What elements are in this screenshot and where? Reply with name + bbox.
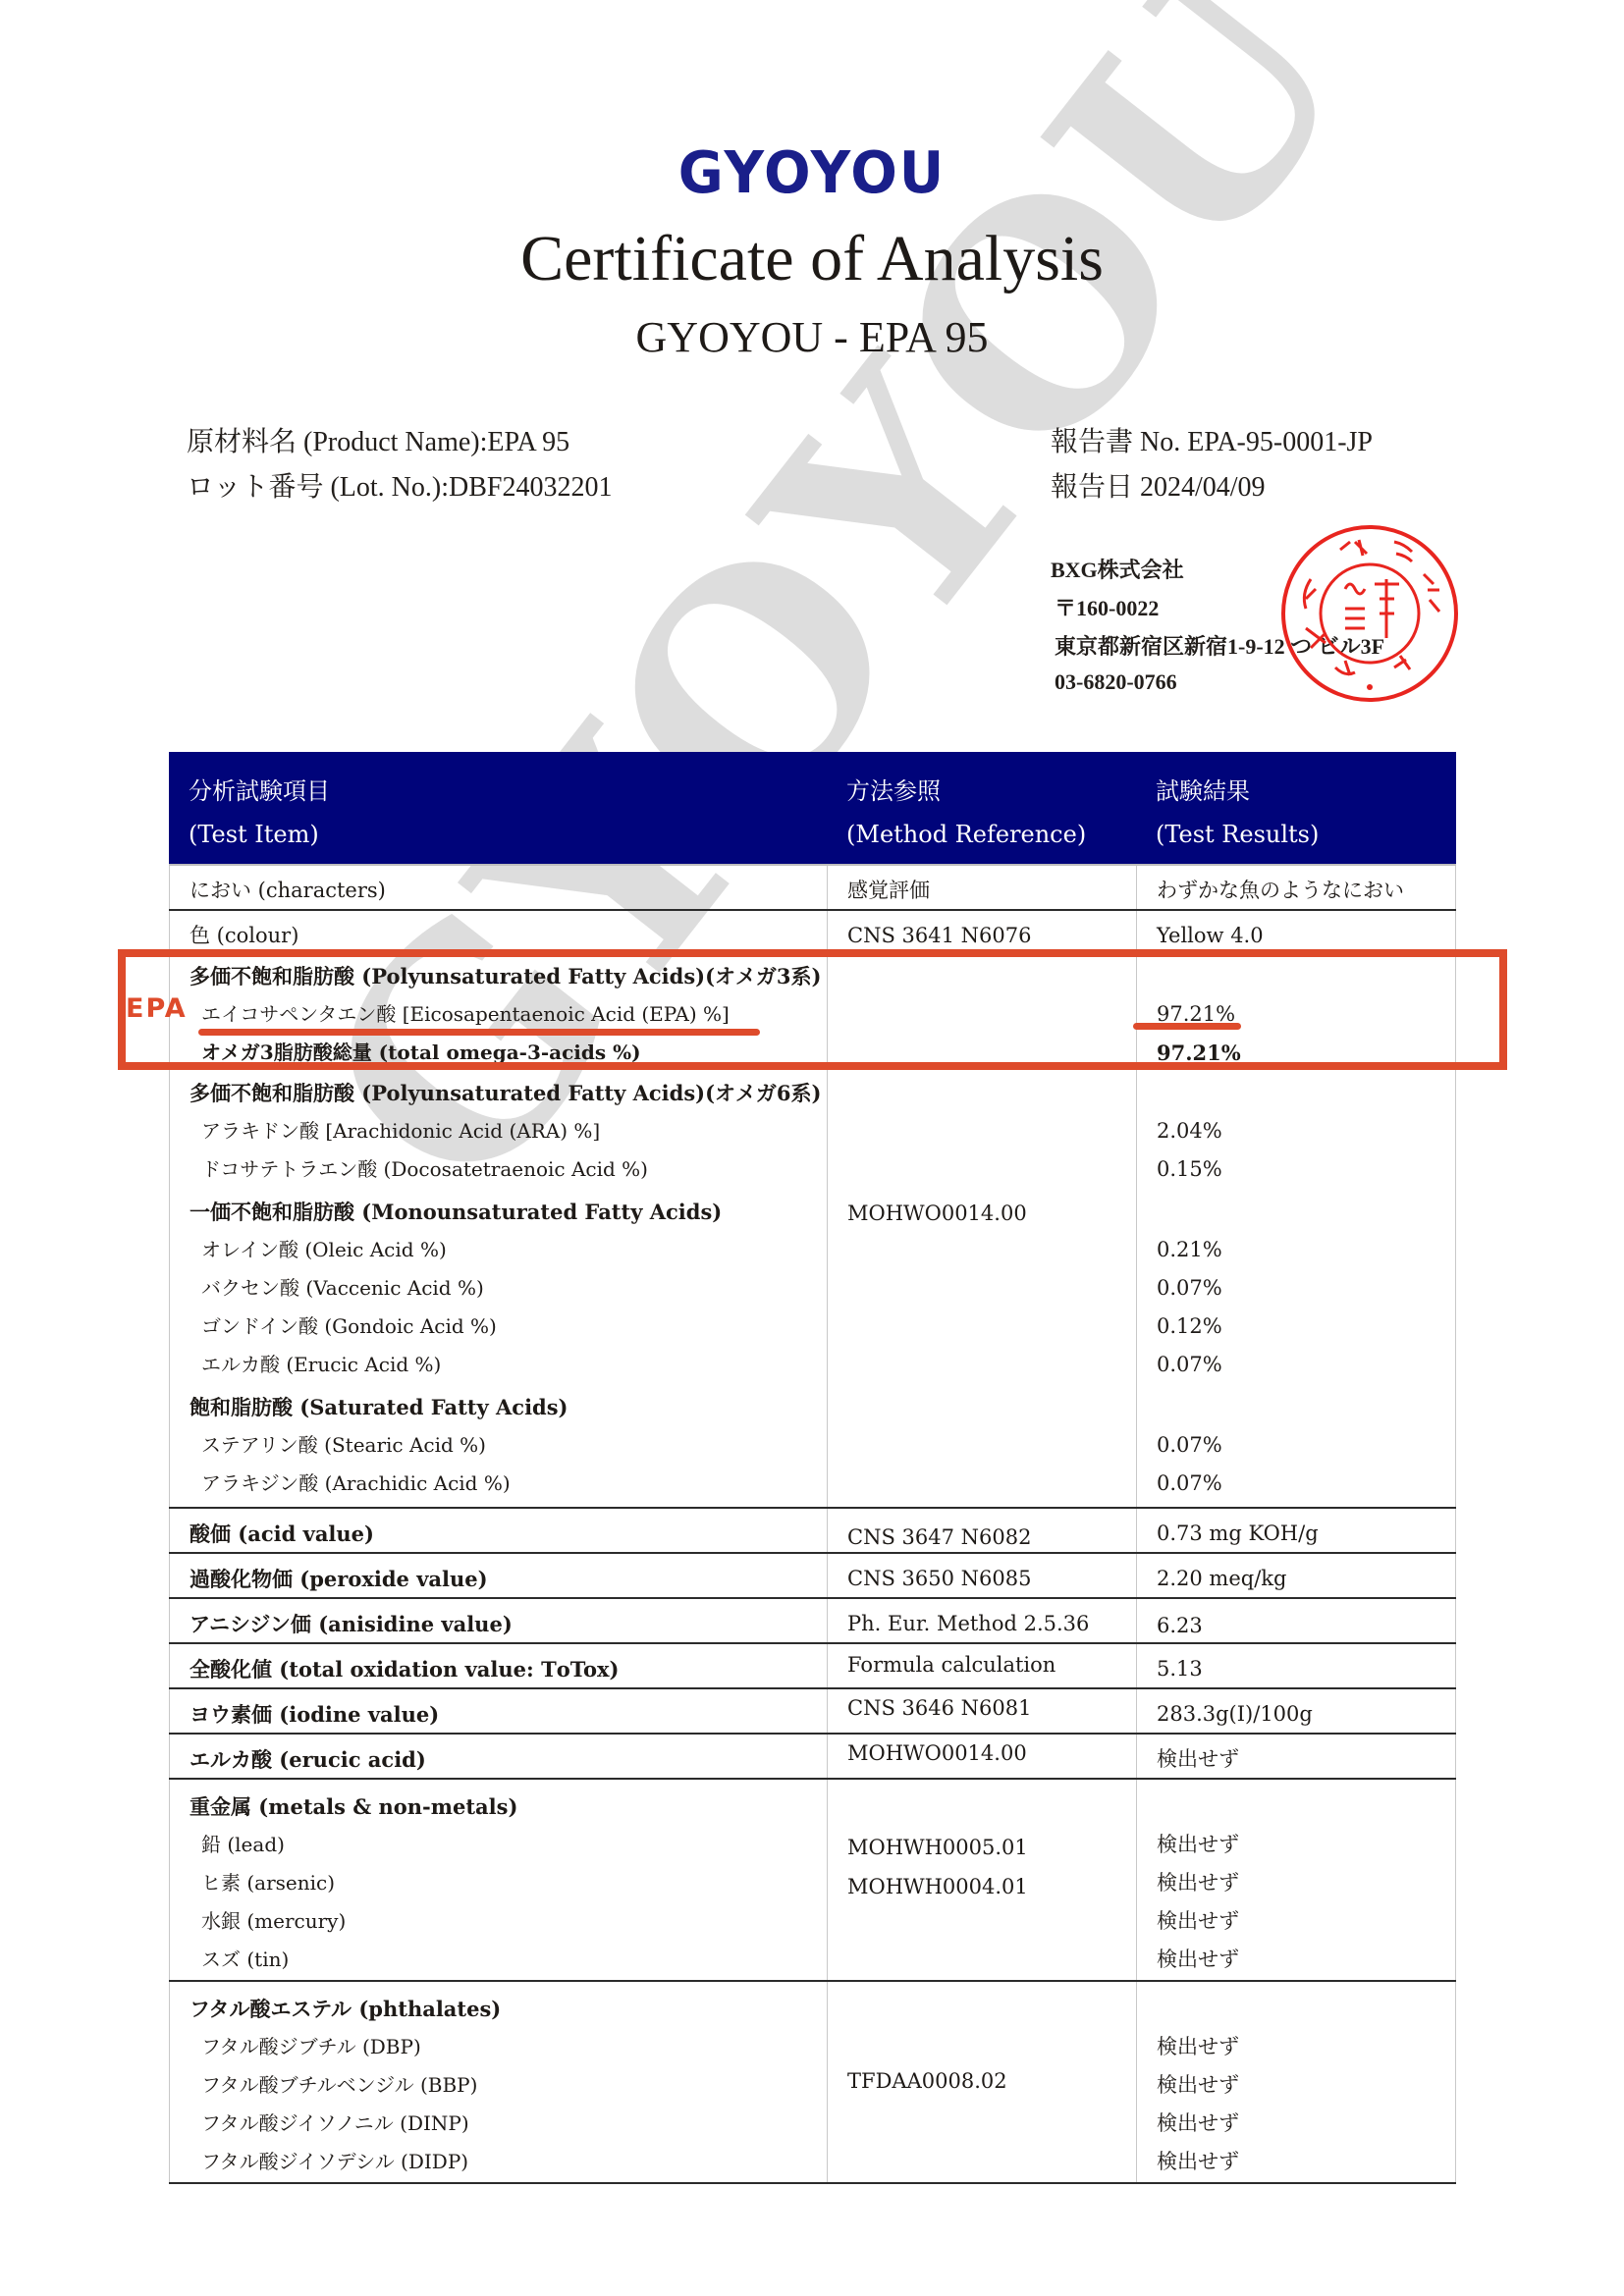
- table-row: ヨウ素価 (iodine value) CNS 3646 N6081 283.3…: [169, 1689, 1456, 1735]
- header-test-item: 分析試験項目 (Test Item): [169, 752, 827, 864]
- method: MOHWH0004.01: [847, 1868, 1028, 1906]
- table-row: におい (characters) 感覚評価 わずかな魚のようなにおい: [169, 864, 1456, 911]
- result-gondoic: 0.12%: [1157, 1308, 1455, 1346]
- table-row: エルカ酸 (erucic acid) MOHWO0014.00 検出せず: [169, 1735, 1456, 1780]
- table-row-metals: 重金属 (metals & non-metals) 鉛 (lead) ヒ素 (a…: [169, 1780, 1456, 1982]
- result-bbp: 検出せず: [1157, 2066, 1455, 2105]
- table-row-phthalates: フタル酸エステル (phthalates) フタル酸ジブチル (DBP) フタル…: [169, 1982, 1456, 2184]
- test-item-vaccenic: バクセン酸 (Vaccenic Acid %): [189, 1269, 827, 1308]
- test-item: エルカ酸 (erucic acid): [189, 1740, 827, 1779]
- brand-logo: GYOYOU: [0, 139, 1624, 206]
- product-name: 原材料名 (Product Name):EPA 95: [187, 420, 569, 459]
- result: わずかな魚のようなにおい: [1157, 872, 1455, 910]
- lot-number: ロット番号 (Lot. No.):DBF24032201: [187, 465, 612, 505]
- result-dta: 0.15%: [1157, 1150, 1455, 1189]
- result-mercury: 検出せず: [1157, 1902, 1455, 1941]
- test-item-arachidic: アラキジン酸 (Arachidic Acid %): [189, 1465, 827, 1503]
- test-item-bbp: フタル酸ブチルベンジル (BBP): [189, 2066, 827, 2105]
- epa-highlight-box: [118, 949, 1507, 1070]
- test-item-stearic: ステアリン酸 (Stearic Acid %): [189, 1426, 827, 1465]
- result-ara: 2.04%: [1157, 1112, 1455, 1150]
- group-sfa: 飽和脂肪酸 (Saturated Fatty Acids): [189, 1388, 827, 1426]
- result: 5.13: [1157, 1650, 1455, 1688]
- company-phone: 03-6820-0766: [1055, 669, 1177, 695]
- header-en: (Test Item): [189, 813, 827, 856]
- result-arsenic: 検出せず: [1157, 1864, 1455, 1902]
- result-tin: 検出せず: [1157, 1941, 1455, 1979]
- group-omega6: 多価不飽和脂肪酸 (Polyunsaturated Fatty Acids)(オ…: [189, 1074, 827, 1112]
- method: 感覚評価: [847, 872, 1136, 910]
- result-vaccenic: 0.07%: [1157, 1269, 1455, 1308]
- result: 6.23: [1157, 1607, 1455, 1645]
- epa-result-underline: [1133, 1023, 1241, 1030]
- header-en: (Test Results): [1156, 813, 1456, 856]
- header-jp: 方法参照: [846, 770, 1136, 813]
- method: Ph. Eur. Method 2.5.36: [847, 1605, 1136, 1643]
- test-item-lead: 鉛 (lead): [189, 1826, 827, 1864]
- test-item-erucic: エルカ酸 (Erucic Acid %): [189, 1346, 827, 1384]
- result: 283.3g(I)/100g: [1157, 1695, 1455, 1734]
- table-row: 全酸化値 (total oxidation value: TоTox) Form…: [169, 1644, 1456, 1689]
- test-item-tin: スズ (tin): [189, 1941, 827, 1979]
- test-item-arsenic: ヒ素 (arsenic): [189, 1864, 827, 1902]
- result: 0.73 mg KOH/g: [1157, 1515, 1455, 1553]
- result: 2.20 meq/kg: [1157, 1560, 1455, 1598]
- test-item-oleic: オレイン酸 (Oleic Acid %): [189, 1231, 827, 1269]
- method: MOHWH0005.01: [847, 1829, 1028, 1867]
- document-subtitle: GYOYOU - EPA 95: [0, 312, 1624, 362]
- header-test-results: 試験結果 (Test Results): [1136, 752, 1456, 864]
- test-item-dta: ドコサテトラエン酸 (Docosatetraenoic Acid %): [189, 1150, 827, 1189]
- test-item-mercury: 水銀 (mercury): [189, 1902, 827, 1941]
- header-jp: 分析試験項目: [189, 770, 827, 813]
- test-item-dinp: フタル酸ジイソノニル (DINP): [189, 2105, 827, 2143]
- company-name: BXG株式会社: [1051, 554, 1184, 584]
- table-header: 分析試験項目 (Test Item) 方法参照 (Method Referenc…: [169, 752, 1456, 864]
- test-item-didp: フタル酸ジイソデシル (DIDP): [189, 2143, 827, 2181]
- result-oleic: 0.21%: [1157, 1231, 1455, 1269]
- result: 検出せず: [1157, 1740, 1455, 1779]
- method: MOHWO0014.00: [847, 1735, 1136, 1773]
- result-didp: 検出せず: [1157, 2143, 1455, 2181]
- method: Formula calculation: [847, 1646, 1136, 1684]
- report-date: 報告日 2024/04/09: [1051, 465, 1266, 505]
- result-erucic: 0.07%: [1157, 1346, 1455, 1384]
- method: MOHWO0014.00: [847, 1195, 1027, 1233]
- table-row: 過酸化物価 (peroxide value) CNS 3650 N6085 2.…: [169, 1554, 1456, 1599]
- result-lead: 検出せず: [1157, 1826, 1455, 1864]
- group-mufa: 一価不飽和脂肪酸 (Monounsaturated Fatty Acids): [189, 1193, 827, 1231]
- method: TFDAA0008.02: [847, 2062, 1007, 2101]
- test-item: 過酸化物価 (peroxide value): [189, 1560, 827, 1598]
- test-item: におい (characters): [189, 872, 827, 910]
- method: CNS 3646 N6081: [847, 1689, 1136, 1728]
- result-stearic: 0.07%: [1157, 1426, 1455, 1465]
- result-dbp: 検出せず: [1157, 2028, 1455, 2066]
- test-item-gondoic: ゴンドイン酸 (Gondoic Acid %): [189, 1308, 827, 1346]
- epa-item-underline: [198, 1029, 760, 1036]
- company-postal-code: 〒160-0022: [1055, 592, 1159, 622]
- epa-annotation-label: EPA: [126, 993, 188, 1024]
- result-arachidic: 0.07%: [1157, 1465, 1455, 1503]
- test-item: 全酸化値 (total oxidation value: TоTox): [189, 1650, 827, 1688]
- method: CNS 3650 N6085: [847, 1560, 1136, 1598]
- test-item: 酸価 (acid value): [189, 1515, 827, 1553]
- test-item-dbp: フタル酸ジブチル (DBP): [189, 2028, 827, 2066]
- result-dinp: 検出せず: [1157, 2105, 1455, 2143]
- test-item: アニシジン価 (anisidine value): [189, 1605, 827, 1643]
- test-item-ara: アラキドン酸 [Arachidonic Acid (ARA) %]: [189, 1112, 827, 1150]
- document-title: Certificate of Analysis: [0, 222, 1624, 296]
- header-jp: 試験結果: [1156, 770, 1456, 813]
- test-item: ヨウ素価 (iodine value): [189, 1695, 827, 1734]
- header-method-reference: 方法参照 (Method Reference): [827, 752, 1136, 864]
- group-phthalates: フタル酸エステル (phthalates): [189, 1990, 827, 2028]
- company-seal-icon: [1276, 520, 1463, 707]
- table-row: アニシジン価 (anisidine value) Ph. Eur. Method…: [169, 1599, 1456, 1644]
- report-number: 報告書 No. EPA-95-0001-JP: [1051, 420, 1373, 459]
- table-row: 酸価 (acid value) CNS 3647 N6082 0.73 mg K…: [169, 1509, 1456, 1554]
- header-en: (Method Reference): [846, 813, 1136, 856]
- method: CNS 3647 N6082: [847, 1519, 1136, 1557]
- group-metals: 重金属 (metals & non-metals): [189, 1788, 827, 1826]
